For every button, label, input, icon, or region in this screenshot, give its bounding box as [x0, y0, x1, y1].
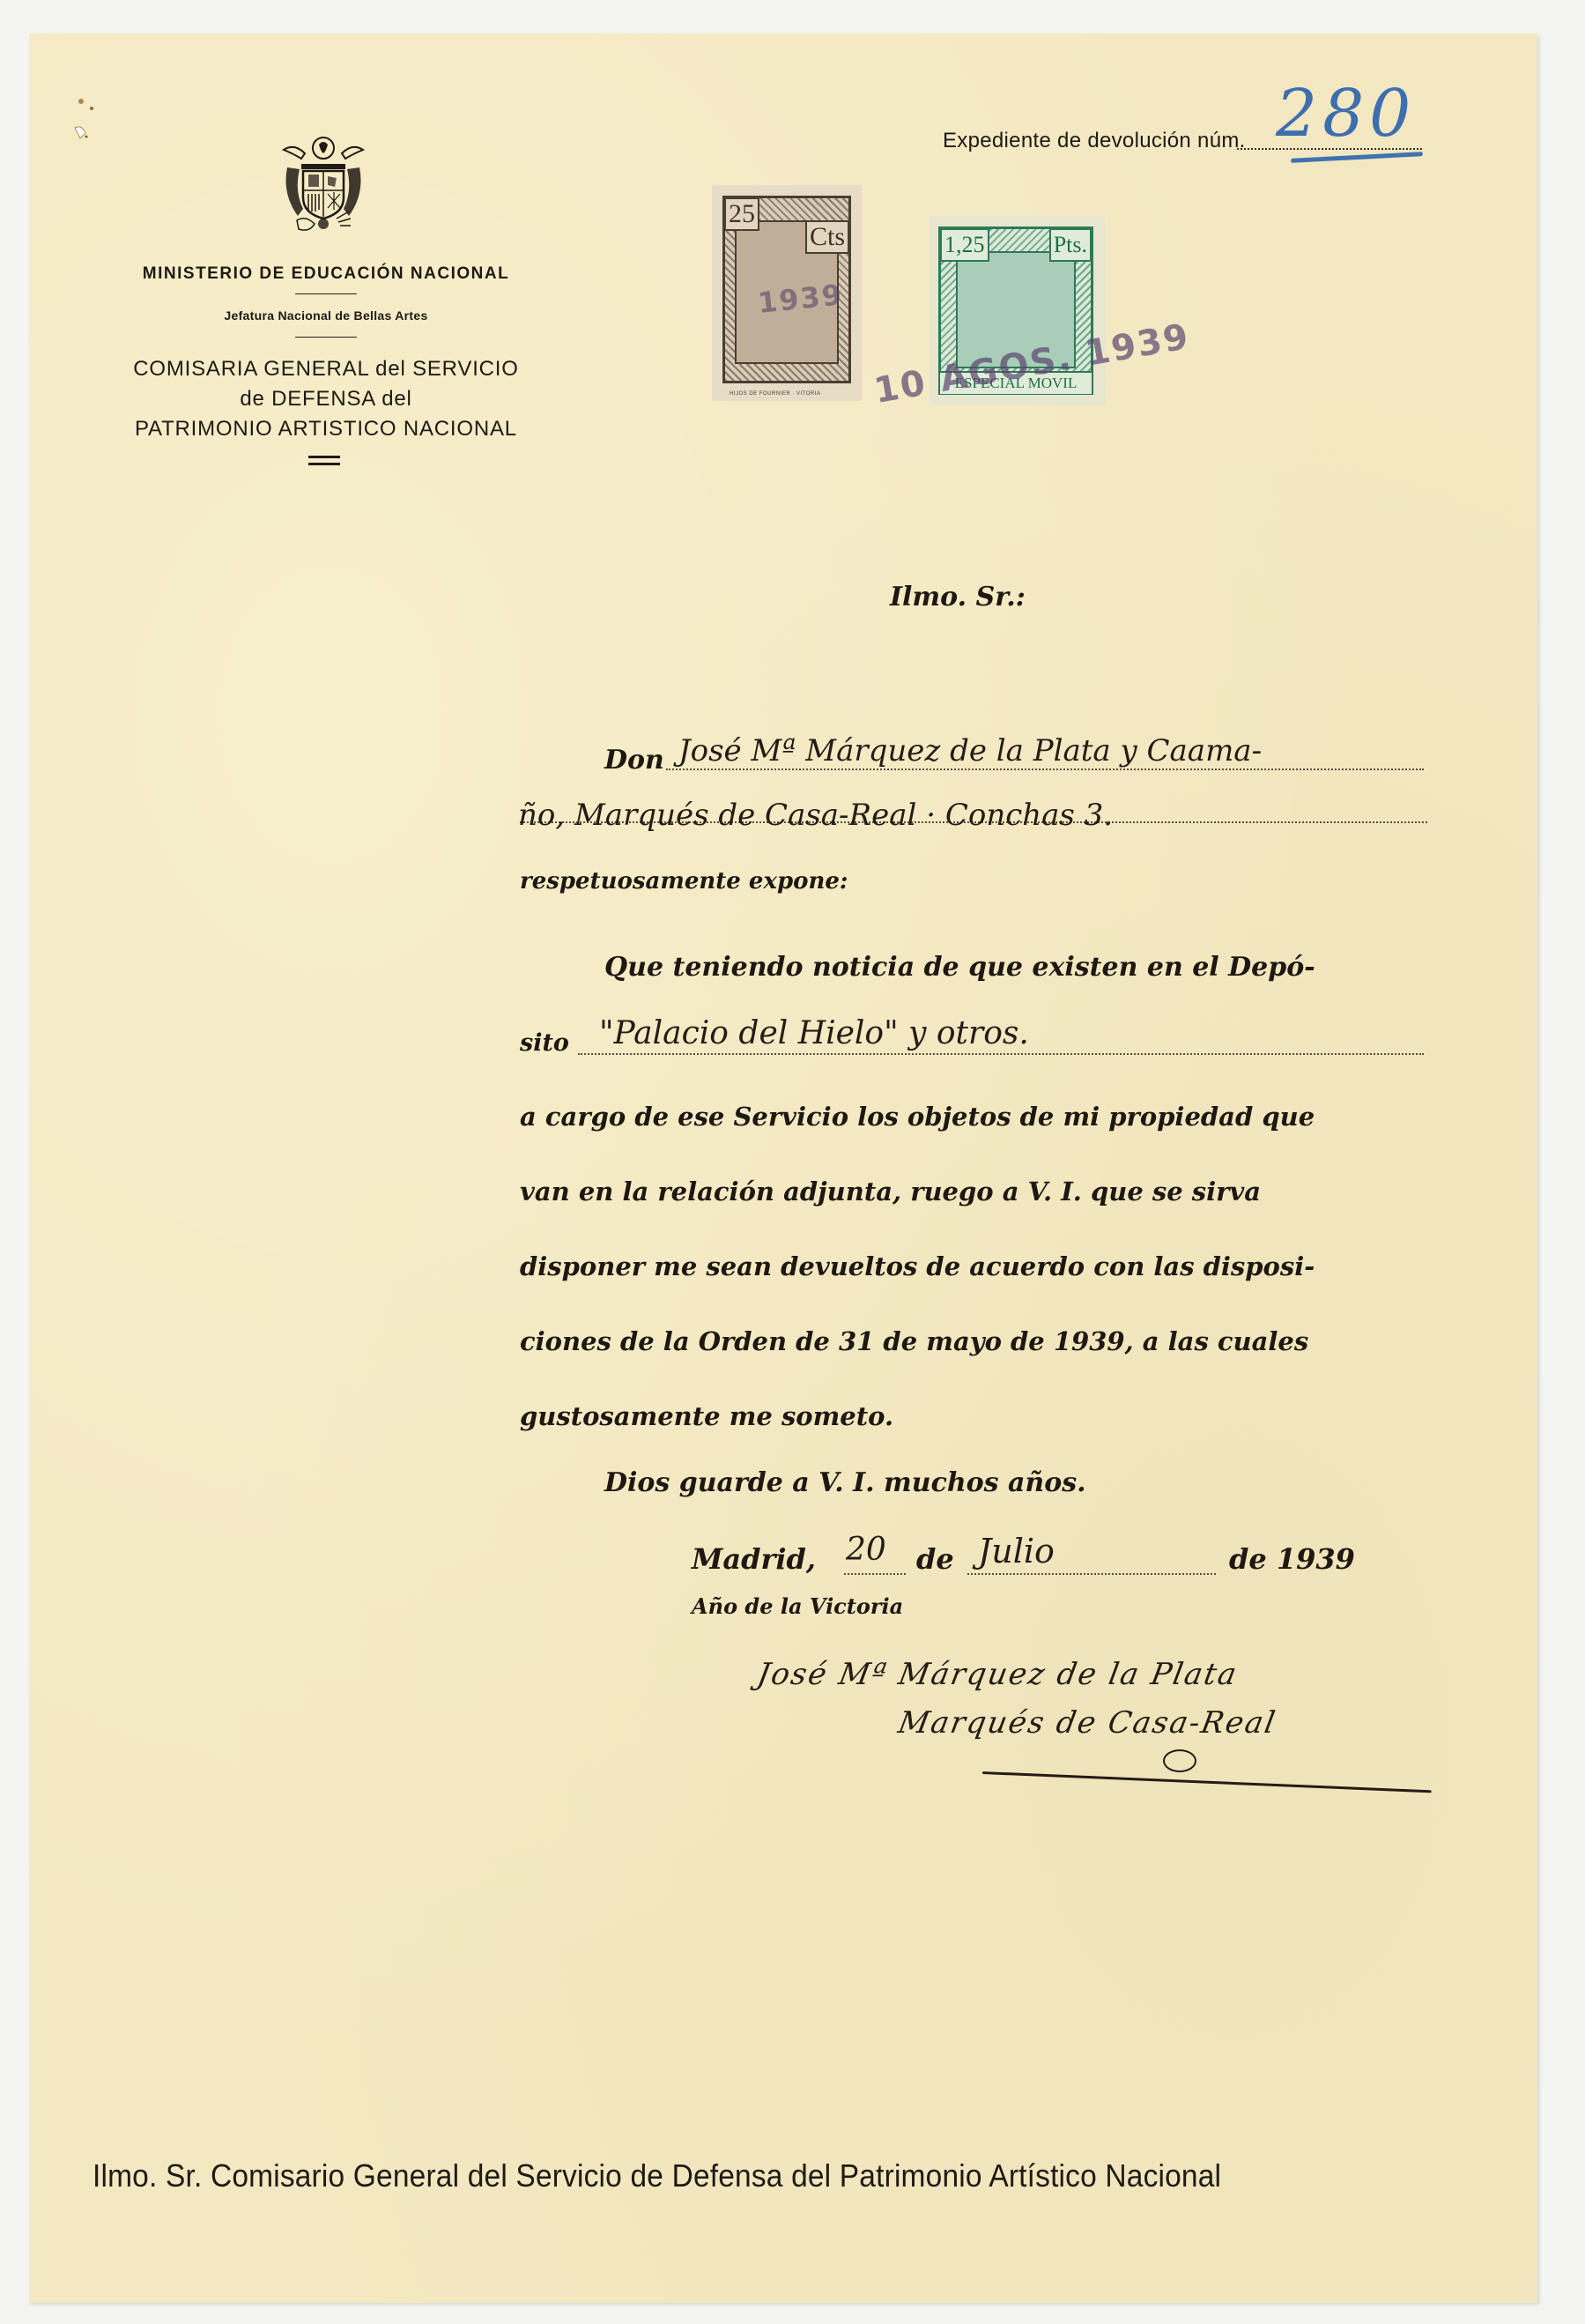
body-line: a cargo de ese Servicio los objetos de m… — [520, 1102, 1427, 1132]
expone-text: respetuosamente expone: — [520, 868, 1427, 895]
coat-of-arms-icon — [275, 132, 372, 238]
date-year: de 1939 — [1229, 1542, 1355, 1576]
dotted-fill-line — [578, 1053, 1424, 1055]
letterhead-rule — [295, 293, 357, 294]
dotted-fill-line — [844, 1573, 906, 1575]
era-text: Año de la Victoria — [692, 1593, 903, 1619]
sito-prefix: sito — [520, 1029, 569, 1057]
signature-line-1: José Mª Márquez de la Plata — [754, 1657, 1241, 1692]
stamp-unit: Pts. — [1049, 228, 1092, 262]
petitioner-name-handwritten: José Mª Márquez de la Plata y Caama- — [678, 733, 1262, 768]
letterhead-rule — [295, 337, 357, 338]
date-city: Madrid, — [692, 1542, 816, 1576]
comisaria-line: COMISARIA GENERAL del SERVICIO — [106, 354, 546, 384]
body-line: disponer me sean devueltos de acuerdo co… — [520, 1251, 1427, 1281]
signature-flourish-loop — [1163, 1749, 1196, 1772]
date-day-handwritten: 20 — [846, 1532, 886, 1568]
stamp-value: 1,25 — [940, 228, 989, 262]
double-rule — [308, 456, 340, 465]
dotted-fill-line — [967, 1573, 1216, 1575]
body-line: ciones de la Orden de 31 de mayo de 1939… — [520, 1326, 1427, 1356]
body-line: gustosamente me someto. — [520, 1401, 1427, 1431]
expediente-number: 280 — [1276, 76, 1416, 152]
paragraph-start: Que teniendo noticia de que existen en e… — [604, 952, 1315, 983]
signature-line-2: Marqués de Casa-Real — [895, 1705, 1278, 1741]
deposito-handwritten: "Palacio del Hielo" y otros. — [599, 1015, 1029, 1051]
dotted-fill-line — [666, 768, 1424, 770]
paper-damage-marks — [53, 84, 106, 198]
stamp-unit: Cts — [805, 220, 849, 254]
expediente-label: Expediente de devolución núm. — [943, 129, 1246, 153]
stamp-value: 25 — [724, 197, 759, 231]
comisaria-line: PATRIMONIO ARTISTICO NACIONAL — [106, 414, 546, 444]
closing-formula: Dios guarde a V. I. muchos años. — [604, 1467, 1086, 1498]
jefatura-subtitle: Jefatura Nacional de Bellas Artes — [106, 308, 546, 323]
date-month-handwritten: Julio — [978, 1532, 1055, 1570]
don-prefix: Don — [604, 745, 664, 776]
comisaria-line: de DEFENSA del — [106, 384, 546, 414]
addressee-footer: Ilmo. Sr. Comisario General del Servicio… — [93, 2157, 1221, 2194]
body-line: van en la relación adjunta, ruego a V. I… — [520, 1177, 1427, 1207]
ministry-title: MINISTERIO DE EDUCACIÓN NACIONAL — [106, 264, 546, 284]
petitioner-title-handwritten: ño, Marqués de Casa-Real · Conchas 3. — [518, 798, 1113, 833]
date-de: de — [916, 1542, 954, 1576]
salutation: Ilmo. Sr.: — [890, 582, 1026, 613]
stamp-imprint: HIJOS DE FOURNIER · VITORIA — [730, 391, 820, 397]
comisaria-heading: COMISARIA GENERAL del SERVICIO de DEFENS… — [106, 354, 546, 444]
